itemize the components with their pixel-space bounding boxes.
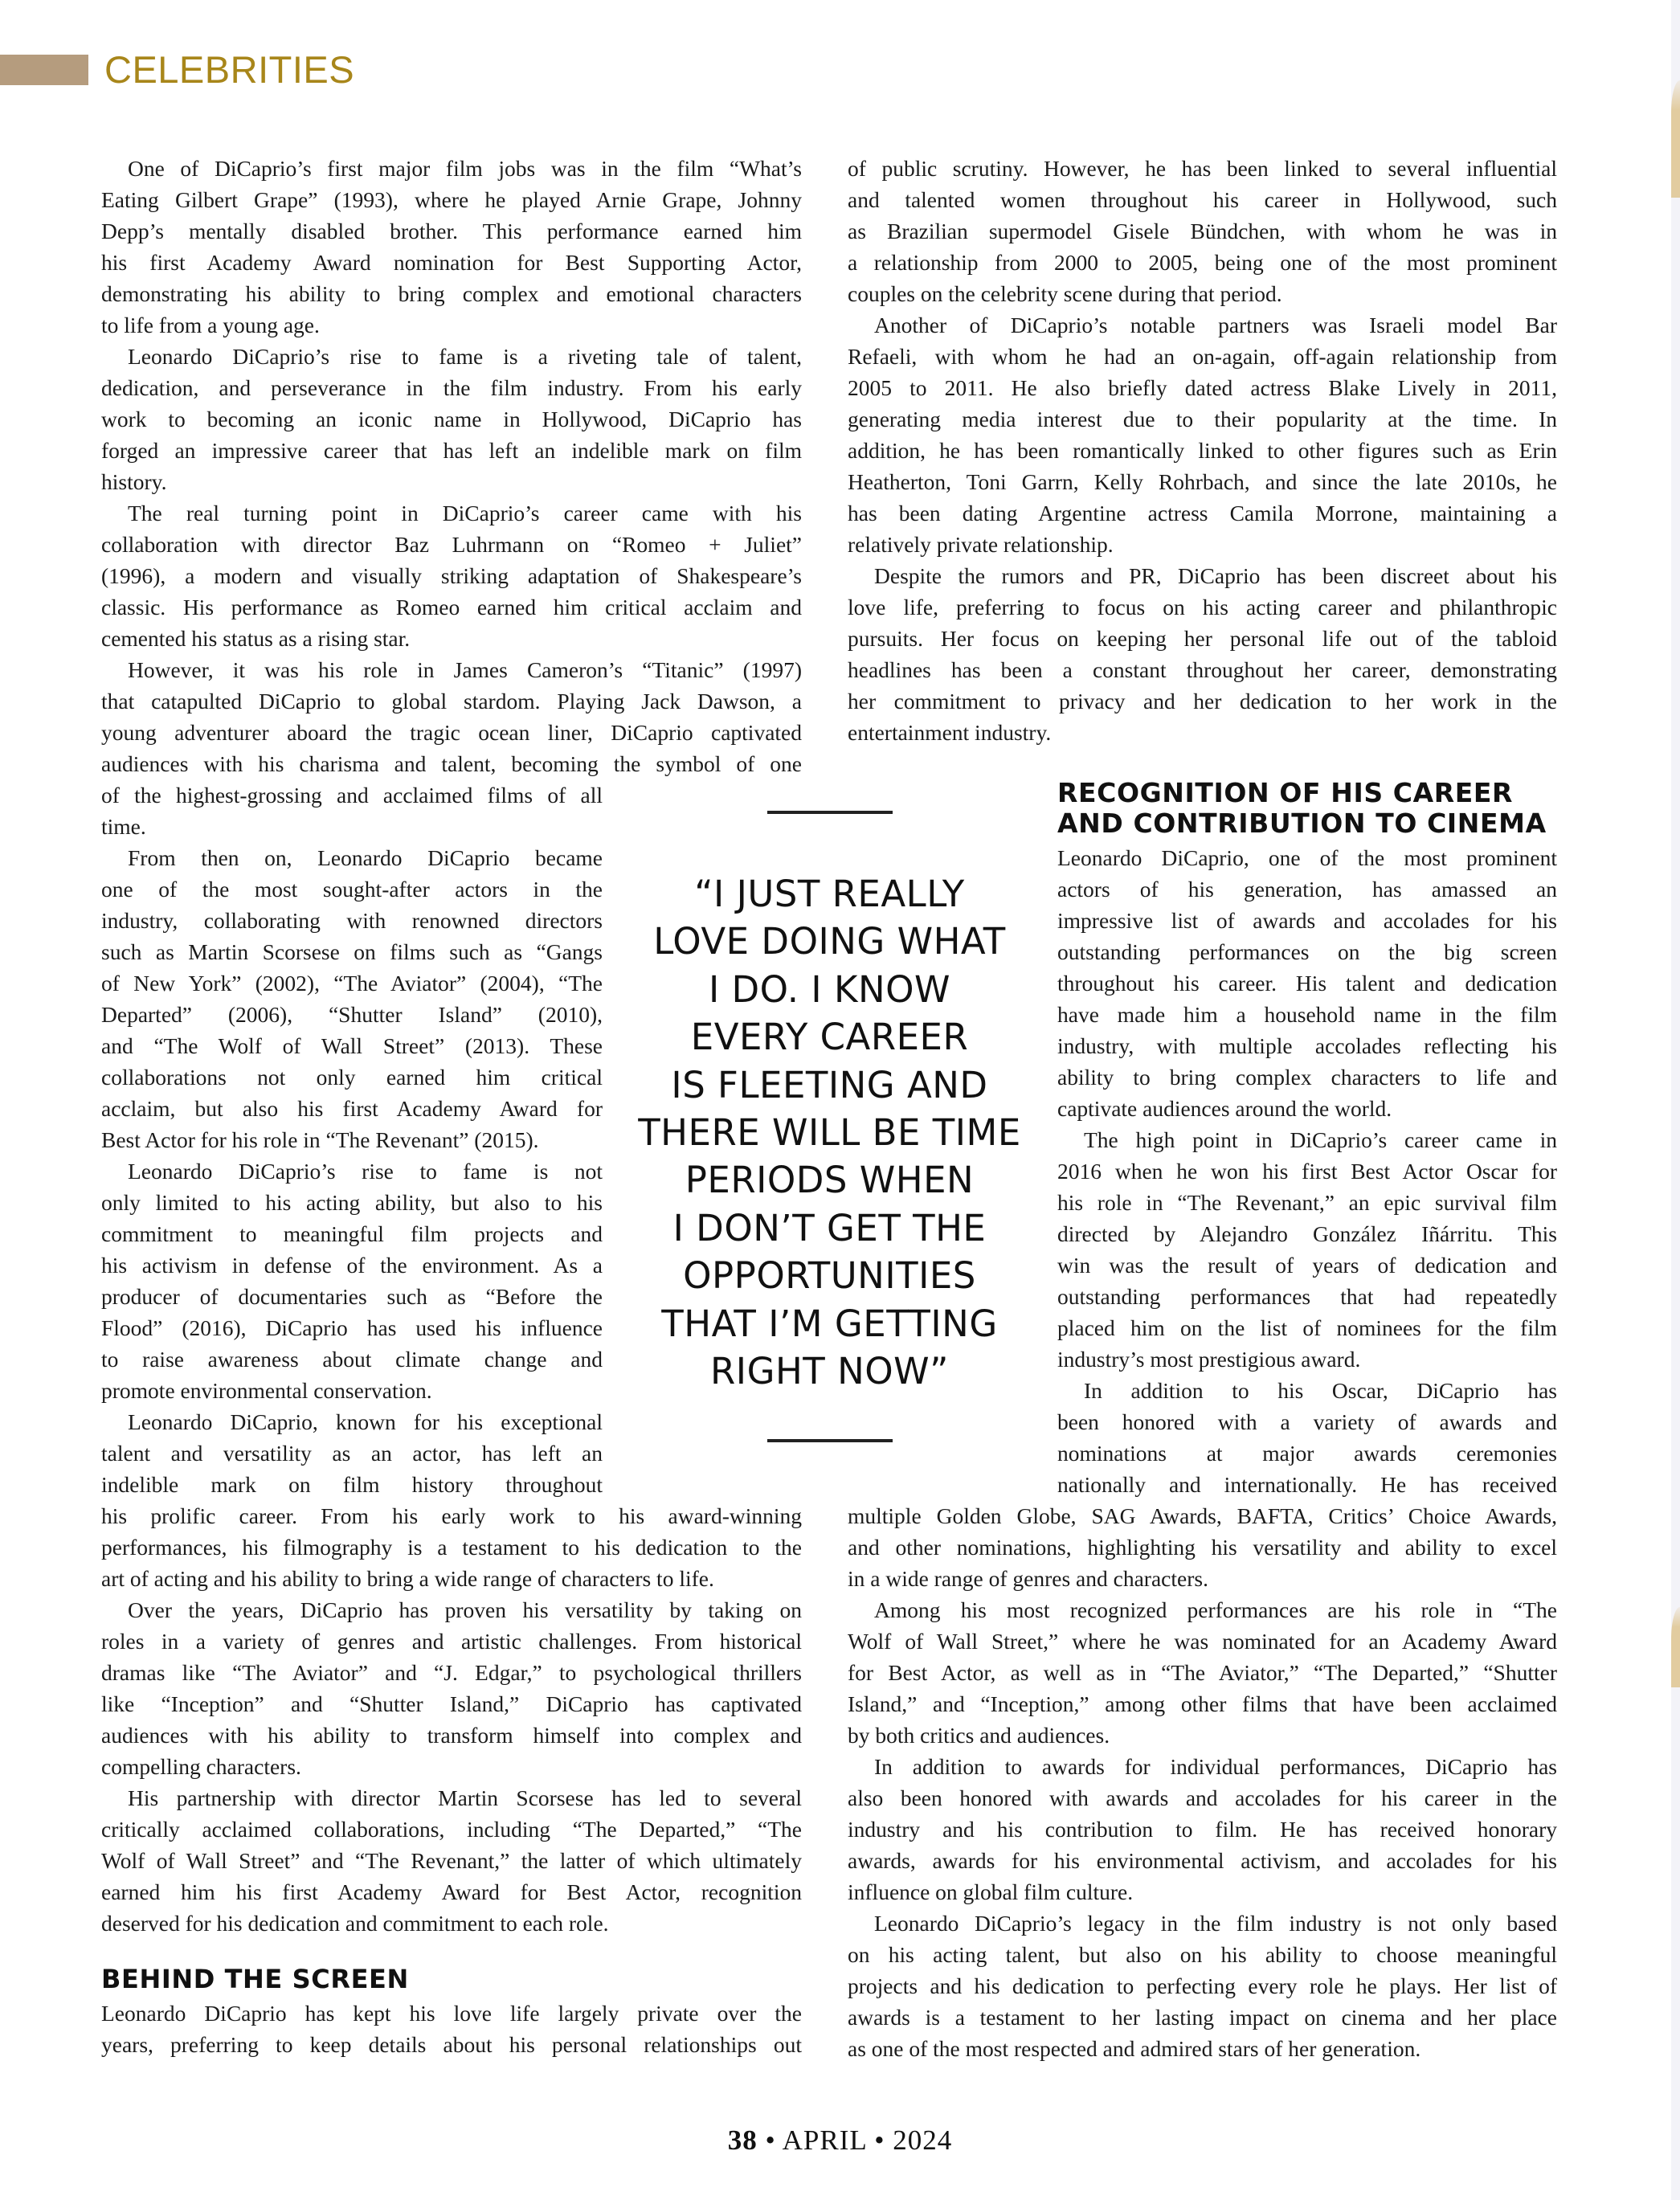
text-line: cemented his status as a rising star. <box>101 623 802 654</box>
text-line: on his acting talent, but also on his ab… <box>848 1939 1557 1970</box>
text-line: addition, he has been romantically linke… <box>848 435 1557 466</box>
text-line: Heatherton, Toni Garrn, Kelly Rohrbach, … <box>848 466 1557 497</box>
text-line: Leonardo DiCaprio’s rise to fame is a ri… <box>128 341 802 372</box>
text-line: work to becoming an iconic name in Holly… <box>101 403 802 435</box>
text-line: Departed” (2006), “Shutter Island” (2010… <box>101 999 603 1030</box>
pull-quote-line: PERIODS WHEN <box>627 1156 1032 1204</box>
text-line: industry’s most prestigious award. <box>1057 1343 1557 1375</box>
text-line: time. <box>101 811 603 842</box>
text-line: Despite the rumors and PR, DiCaprio has … <box>874 560 1557 591</box>
text-line: generating media interest due to their p… <box>848 403 1557 435</box>
text-line: Best Actor for his role in “The Revenant… <box>101 1124 603 1155</box>
text-line: win was the result of years of dedicatio… <box>1057 1249 1557 1281</box>
text-line: multiple Golden Globe, SAG Awards, BAFTA… <box>848 1500 1557 1531</box>
text-line: projects and his dedication to perfectin… <box>848 1970 1557 2002</box>
text-line: Among his most recognized performances a… <box>874 1594 1557 1625</box>
text-line: performances, his filmography is a testa… <box>101 1531 802 1563</box>
page-edge-tab-top <box>1671 80 1680 198</box>
text-line: years, preferring to keep details about … <box>101 2029 802 2060</box>
text-line: of public scrutiny. However, he has been… <box>848 153 1557 184</box>
text-line: Leonardo DiCaprio, known for his excepti… <box>128 1406 603 1437</box>
text-line: In addition to his Oscar, DiCaprio has <box>1084 1375 1557 1406</box>
text-line: audiences with his charisma and talent, … <box>101 748 802 779</box>
text-line: couples on the celebrity scene during th… <box>848 278 1557 309</box>
text-line: nominations at major awards ceremonies <box>1057 1437 1557 1469</box>
text-line: One of DiCaprio’s first major film jobs … <box>128 153 802 184</box>
text-line: industry, with multiple accolades reflec… <box>1057 1030 1557 1061</box>
text-line: and talented women throughout his career… <box>848 184 1557 215</box>
text-line: awards, awards for his environmental act… <box>848 1845 1557 1876</box>
section-accent-bar <box>0 55 88 85</box>
page-edge-tab-bottom <box>1671 1607 1680 1687</box>
text-line: her commitment to privacy and her dedica… <box>848 685 1557 717</box>
text-line: demonstrating his ability to bring compl… <box>101 278 802 309</box>
text-line: The high point in DiCaprio’s career came… <box>1084 1124 1557 1155</box>
text-line: ability to bring complex characters to l… <box>1057 1061 1557 1093</box>
text-line: also been honored with awards and accola… <box>848 1782 1557 1814</box>
text-line: by both critics and audiences. <box>848 1720 1557 1751</box>
page-edge-strip <box>1671 0 1680 2200</box>
text-line: collaborations not only earned him criti… <box>101 1061 603 1093</box>
text-line: From then on, Leonardo DiCaprio became <box>128 842 603 873</box>
text-line: art of acting and his ability to bring a… <box>101 1563 802 1594</box>
heading-recognition-line-2: AND CONTRIBUTION TO CINEMA <box>1057 808 1547 839</box>
text-line: for Best Actor, as well as in “The Aviat… <box>848 1657 1557 1688</box>
text-line: promote environmental conservation. <box>101 1375 603 1406</box>
footer-separator: • <box>766 2124 776 2156</box>
text-line: commitment to meaningful film projects a… <box>101 1218 603 1249</box>
heading-behind-the-screen: BEHIND THE SCREEN <box>101 1964 409 1994</box>
text-line: Another of DiCaprio’s notable partners w… <box>874 309 1557 341</box>
text-line: (1996), a modern and visually striking a… <box>101 560 802 591</box>
text-line: awards is a testament to her lasting imp… <box>848 2002 1557 2033</box>
pull-quote-line: RIGHT NOW” <box>627 1347 1032 1395</box>
text-line: Leonardo DiCaprio, one of the most promi… <box>1057 842 1557 873</box>
text-line: The real turning point in DiCaprio’s car… <box>128 497 802 529</box>
text-line: influence on global film culture. <box>848 1876 1557 1908</box>
text-line: Flood” (2016), DiCaprio has used his inf… <box>101 1312 603 1343</box>
text-line: Leonardo DiCaprio’s rise to fame is not <box>128 1155 603 1187</box>
text-line: such as Martin Scorsese on films such as… <box>101 936 603 967</box>
text-line: 2016 when he won his first Best Actor Os… <box>1057 1155 1557 1187</box>
text-line: actors of his generation, has amassed an <box>1057 873 1557 905</box>
text-line: Refaeli, with whom he had an on-again, o… <box>848 341 1557 372</box>
text-line: like “Inception” and “Shutter Island,” D… <box>101 1688 802 1720</box>
text-line: deserved for his dedication and commitme… <box>101 1908 802 1939</box>
text-line: captivate audiences around the world. <box>1057 1093 1557 1124</box>
text-line: and other nominations, highlighting his … <box>848 1531 1557 1563</box>
text-line: compelling characters. <box>101 1751 802 1782</box>
text-line: Island,” and “Inception,” among other fi… <box>848 1688 1557 1720</box>
section-label: CELEBRITIES <box>104 48 354 92</box>
pull-quote-top-rule <box>767 811 893 814</box>
pull-quote-line: OPPORTUNITIES <box>627 1252 1032 1299</box>
text-line: nationally and internationally. He has r… <box>1057 1469 1557 1500</box>
text-line: love life, preferring to focus on his ac… <box>848 591 1557 623</box>
text-line: Eating Gilbert Grape” (1993), where he p… <box>101 184 802 215</box>
text-line: Wolf of Wall Street,” where he was nomin… <box>848 1625 1557 1657</box>
text-line: and “The Wolf of Wall Street” (2013). Th… <box>101 1030 603 1061</box>
text-line: his first Academy Award nomination for B… <box>101 247 802 278</box>
text-line: only limited to his acting ability, but … <box>101 1187 603 1218</box>
text-line: critically acclaimed collaborations, inc… <box>101 1814 802 1845</box>
text-line: throughout his career. His talent and de… <box>1057 967 1557 999</box>
text-line: as one of the most respected and admired… <box>848 2033 1557 2064</box>
text-line: of the highest-grossing and acclaimed fi… <box>101 779 603 811</box>
pull-quote-bottom-rule <box>767 1439 893 1442</box>
pull-quote-line: LOVE DOING WHAT <box>627 918 1032 965</box>
text-line: His partnership with director Martin Sco… <box>128 1782 802 1814</box>
text-line: his prolific career. From his early work… <box>101 1500 802 1531</box>
text-line: a relationship from 2000 to 2005, being … <box>848 247 1557 278</box>
text-line: acclaim, but also his first Academy Awar… <box>101 1093 603 1124</box>
text-line: directed by Alejandro González Iñárritu.… <box>1057 1218 1557 1249</box>
text-line: his activism in defense of the environme… <box>101 1249 603 1281</box>
text-line: indelible mark on film history throughou… <box>101 1469 603 1500</box>
text-line: relatively private relationship. <box>848 529 1557 560</box>
text-line: been honored with a variety of awards an… <box>1057 1406 1557 1437</box>
pull-quote-line: THAT I’M GETTING <box>627 1300 1032 1347</box>
text-line: history. <box>101 466 802 497</box>
text-line: outstanding performances that had repeat… <box>1057 1281 1557 1312</box>
pull-quote-line: IS FLEETING AND <box>627 1061 1032 1109</box>
text-line: Over the years, DiCaprio has proven his … <box>128 1594 802 1625</box>
text-line: as Brazilian supermodel Gisele Bündchen,… <box>848 215 1557 247</box>
text-line: talent and versatility as an actor, has … <box>101 1437 603 1469</box>
text-line: have made him a household name in the fi… <box>1057 999 1557 1030</box>
text-line: one of the most sought-after actors in t… <box>101 873 603 905</box>
text-line: dramas like “The Aviator” and “J. Edgar,… <box>101 1657 802 1688</box>
text-line: pursuits. Her focus on keeping her perso… <box>848 623 1557 654</box>
text-line: collaboration with director Baz Luhrmann… <box>101 529 802 560</box>
pull-quote-line: EVERY CAREER <box>627 1013 1032 1061</box>
page-footer: 38 • APRIL • 2024 <box>0 2123 1680 2158</box>
text-line: audiences with his ability to transform … <box>101 1720 802 1751</box>
text-line: Leonardo DiCaprio has kept his love life… <box>101 1998 802 2029</box>
heading-recognition-line-1: RECOGNITION OF HIS CAREER <box>1057 778 1513 808</box>
text-line: producer of documentaries such as “Befor… <box>101 1281 603 1312</box>
pull-quote-line: THERE WILL BE TIME <box>627 1109 1032 1156</box>
text-line: However, it was his role in James Camero… <box>128 654 802 685</box>
text-line: to life from a young age. <box>101 309 802 341</box>
text-line: industry and his contribution to film. H… <box>848 1814 1557 1845</box>
text-line: industry, collaborating with renowned di… <box>101 905 603 936</box>
text-line: In addition to awards for individual per… <box>874 1751 1557 1782</box>
text-line: outstanding performances on the big scre… <box>1057 936 1557 967</box>
pull-quote-line: I DO. I KNOW <box>627 966 1032 1013</box>
text-line: to raise awareness about climate change … <box>101 1343 603 1375</box>
text-line: that catapulted DiCaprio to global stard… <box>101 685 802 717</box>
page-number: 38 <box>728 2124 758 2156</box>
text-line: headlines has been a constant throughout… <box>848 654 1557 685</box>
text-line: dedication, and perseverance in the film… <box>101 372 802 403</box>
text-line: forged an impressive career that has lef… <box>101 435 802 466</box>
text-line: placed him on the list of nominees for t… <box>1057 1312 1557 1343</box>
text-line: classic. His performance as Romeo earned… <box>101 591 802 623</box>
text-line: young adventurer aboard the tragic ocean… <box>101 717 802 748</box>
issue-month: APRIL <box>783 2124 867 2156</box>
text-line: has been dating Argentine actress Camila… <box>848 497 1557 529</box>
text-line: 2005 to 2011. He also briefly dated actr… <box>848 372 1557 403</box>
pull-quote-line: I DON’T GET THE <box>627 1204 1032 1252</box>
text-line: impressive list of awards and accolades … <box>1057 905 1557 936</box>
text-line: Wolf of Wall Street” and “The Revenant,”… <box>101 1845 802 1876</box>
pull-quote-line: “I JUST REALLY <box>627 870 1032 918</box>
text-line: entertainment industry. <box>848 717 1557 748</box>
text-line: Depp’s mentally disabled brother. This p… <box>101 215 802 247</box>
text-line: of New York” (2002), “The Aviator” (2004… <box>101 967 603 999</box>
issue-year: 2024 <box>893 2124 952 2156</box>
footer-separator: • <box>874 2124 885 2156</box>
text-line: Leonardo DiCaprio’s legacy in the film i… <box>874 1908 1557 1939</box>
text-line: roles in a variety of genres and artisti… <box>101 1625 802 1657</box>
text-line: in a wide range of genres and characters… <box>848 1563 1557 1594</box>
text-line: his role in “The Revenant,” an epic surv… <box>1057 1187 1557 1218</box>
text-line: earned him his first Academy Award for B… <box>101 1876 802 1908</box>
